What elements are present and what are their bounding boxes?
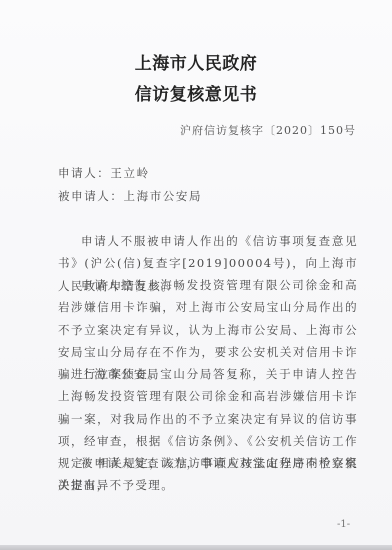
document-number: 沪府信访复核字〔2020〕150号 xyxy=(180,122,356,138)
respondent-name: 上海市公安局 xyxy=(124,189,203,203)
document-page: 上海市人民政府 信访复核意见书 沪府信访复核字〔2020〕150号 申请人：王立… xyxy=(0,0,392,545)
applicant-label: 申请人： xyxy=(58,166,110,180)
issuer-heading: 上海市人民政府 xyxy=(0,49,392,74)
body-paragraph: 被申请人复查认为，申请人对宝山分局不予立案决定有异 xyxy=(58,452,358,497)
applicant-line: 申请人：王立岭 xyxy=(58,165,150,181)
page-number: -1- xyxy=(337,519,350,530)
applicant-name: 王立岭 xyxy=(110,166,149,180)
document-title: 信访复核意见书 xyxy=(0,80,392,105)
respondent-label: 被申请人： xyxy=(58,189,124,203)
page-edge-shadow xyxy=(0,545,392,550)
respondent-line: 被申请人：上海市公安局 xyxy=(58,188,202,204)
